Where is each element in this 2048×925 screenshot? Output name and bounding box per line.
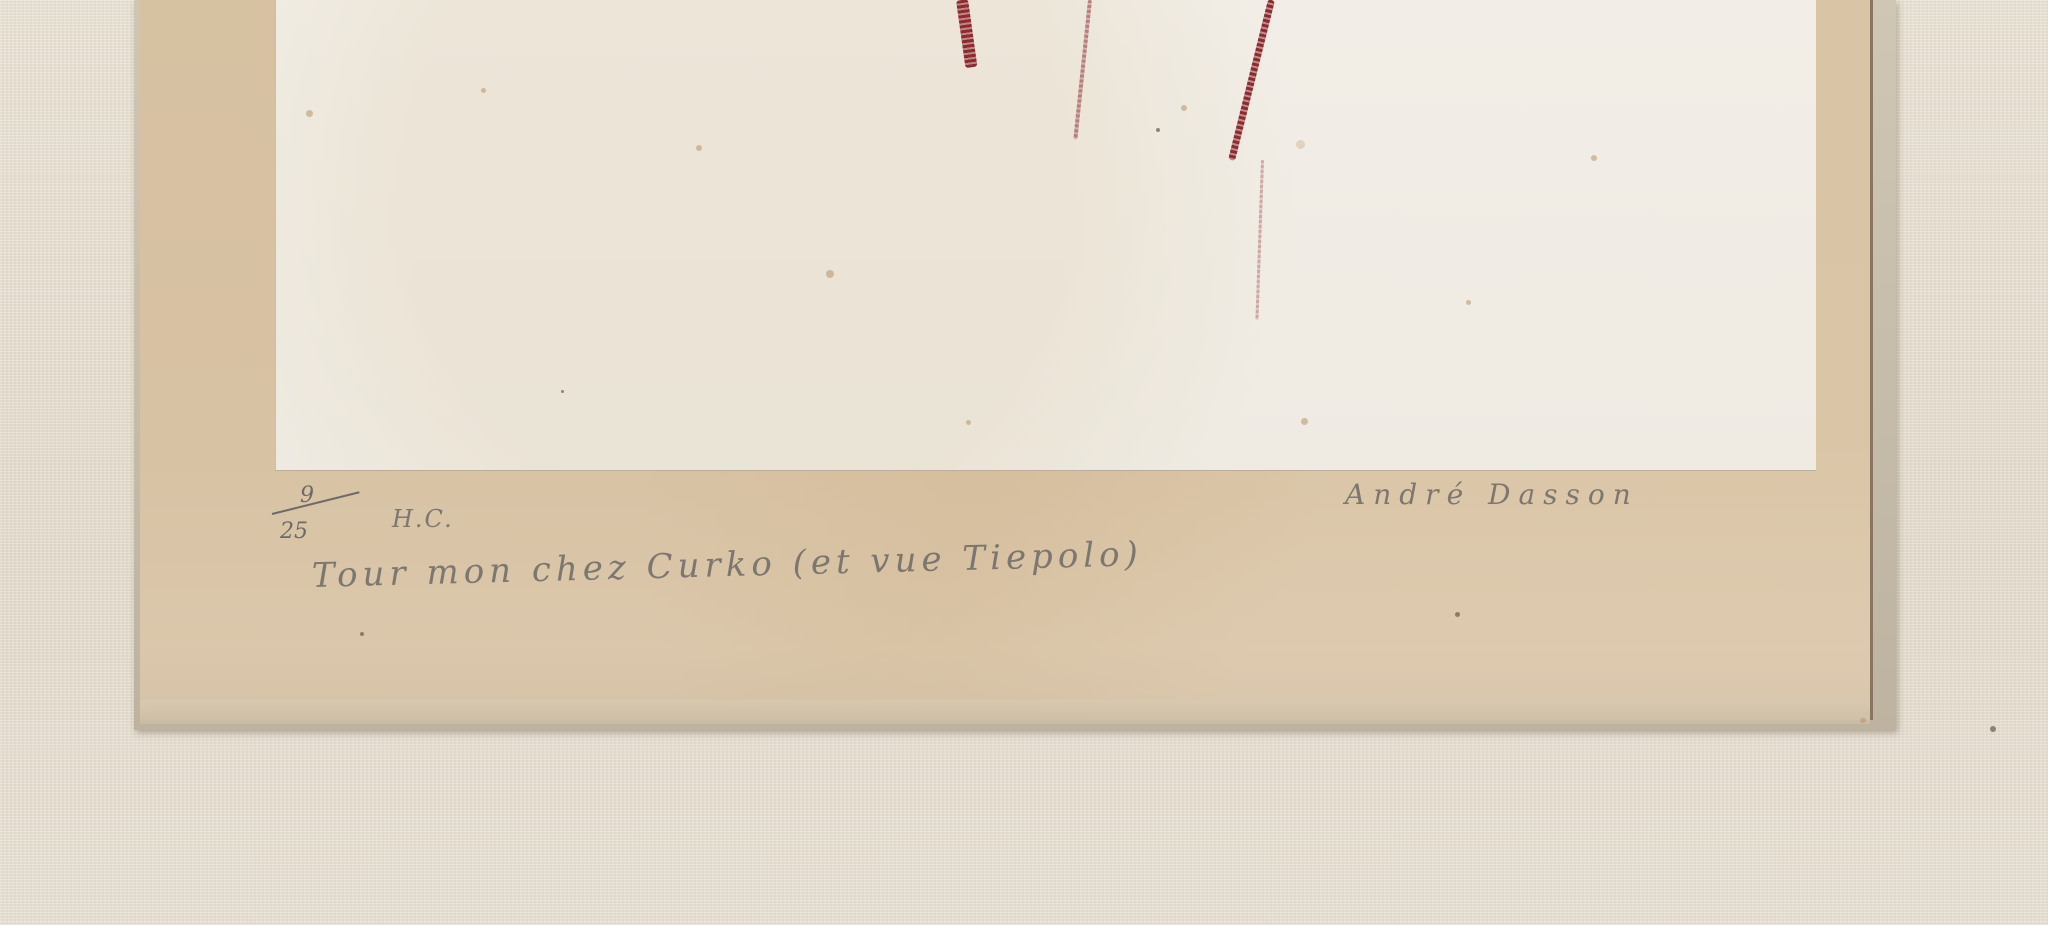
foxing-spot <box>826 270 834 278</box>
foxing-spot <box>1301 418 1308 425</box>
foxing-spot <box>306 110 313 117</box>
red-crayon-stroke <box>1255 160 1264 320</box>
print-sheet <box>275 0 1816 471</box>
foxing-spot <box>1296 140 1305 149</box>
red-crayon-stroke <box>1228 0 1275 161</box>
foxing-spot <box>696 145 702 151</box>
edition-number: 9 25 <box>272 483 332 553</box>
debris-speck <box>1860 718 1866 723</box>
mount-bevel-edge <box>140 700 1870 724</box>
red-crayon-stroke <box>1073 0 1092 139</box>
debris-speck <box>360 632 364 636</box>
artist-signature: André Dasson <box>1345 478 1639 511</box>
foxing-spot <box>1591 155 1597 161</box>
foxing-spot <box>966 420 971 425</box>
debris-speck <box>1990 726 1996 732</box>
red-crayon-stroke <box>956 0 977 68</box>
edition-denominator: 25 <box>280 519 308 544</box>
foxing-spot <box>1181 105 1187 111</box>
foxing-spot <box>1156 128 1160 132</box>
foxing-spot <box>481 88 486 93</box>
foxing-spot <box>1466 300 1471 305</box>
debris-speck <box>1455 612 1460 617</box>
edition-mark: H.C. <box>392 505 454 533</box>
foxing-spot <box>561 390 564 393</box>
